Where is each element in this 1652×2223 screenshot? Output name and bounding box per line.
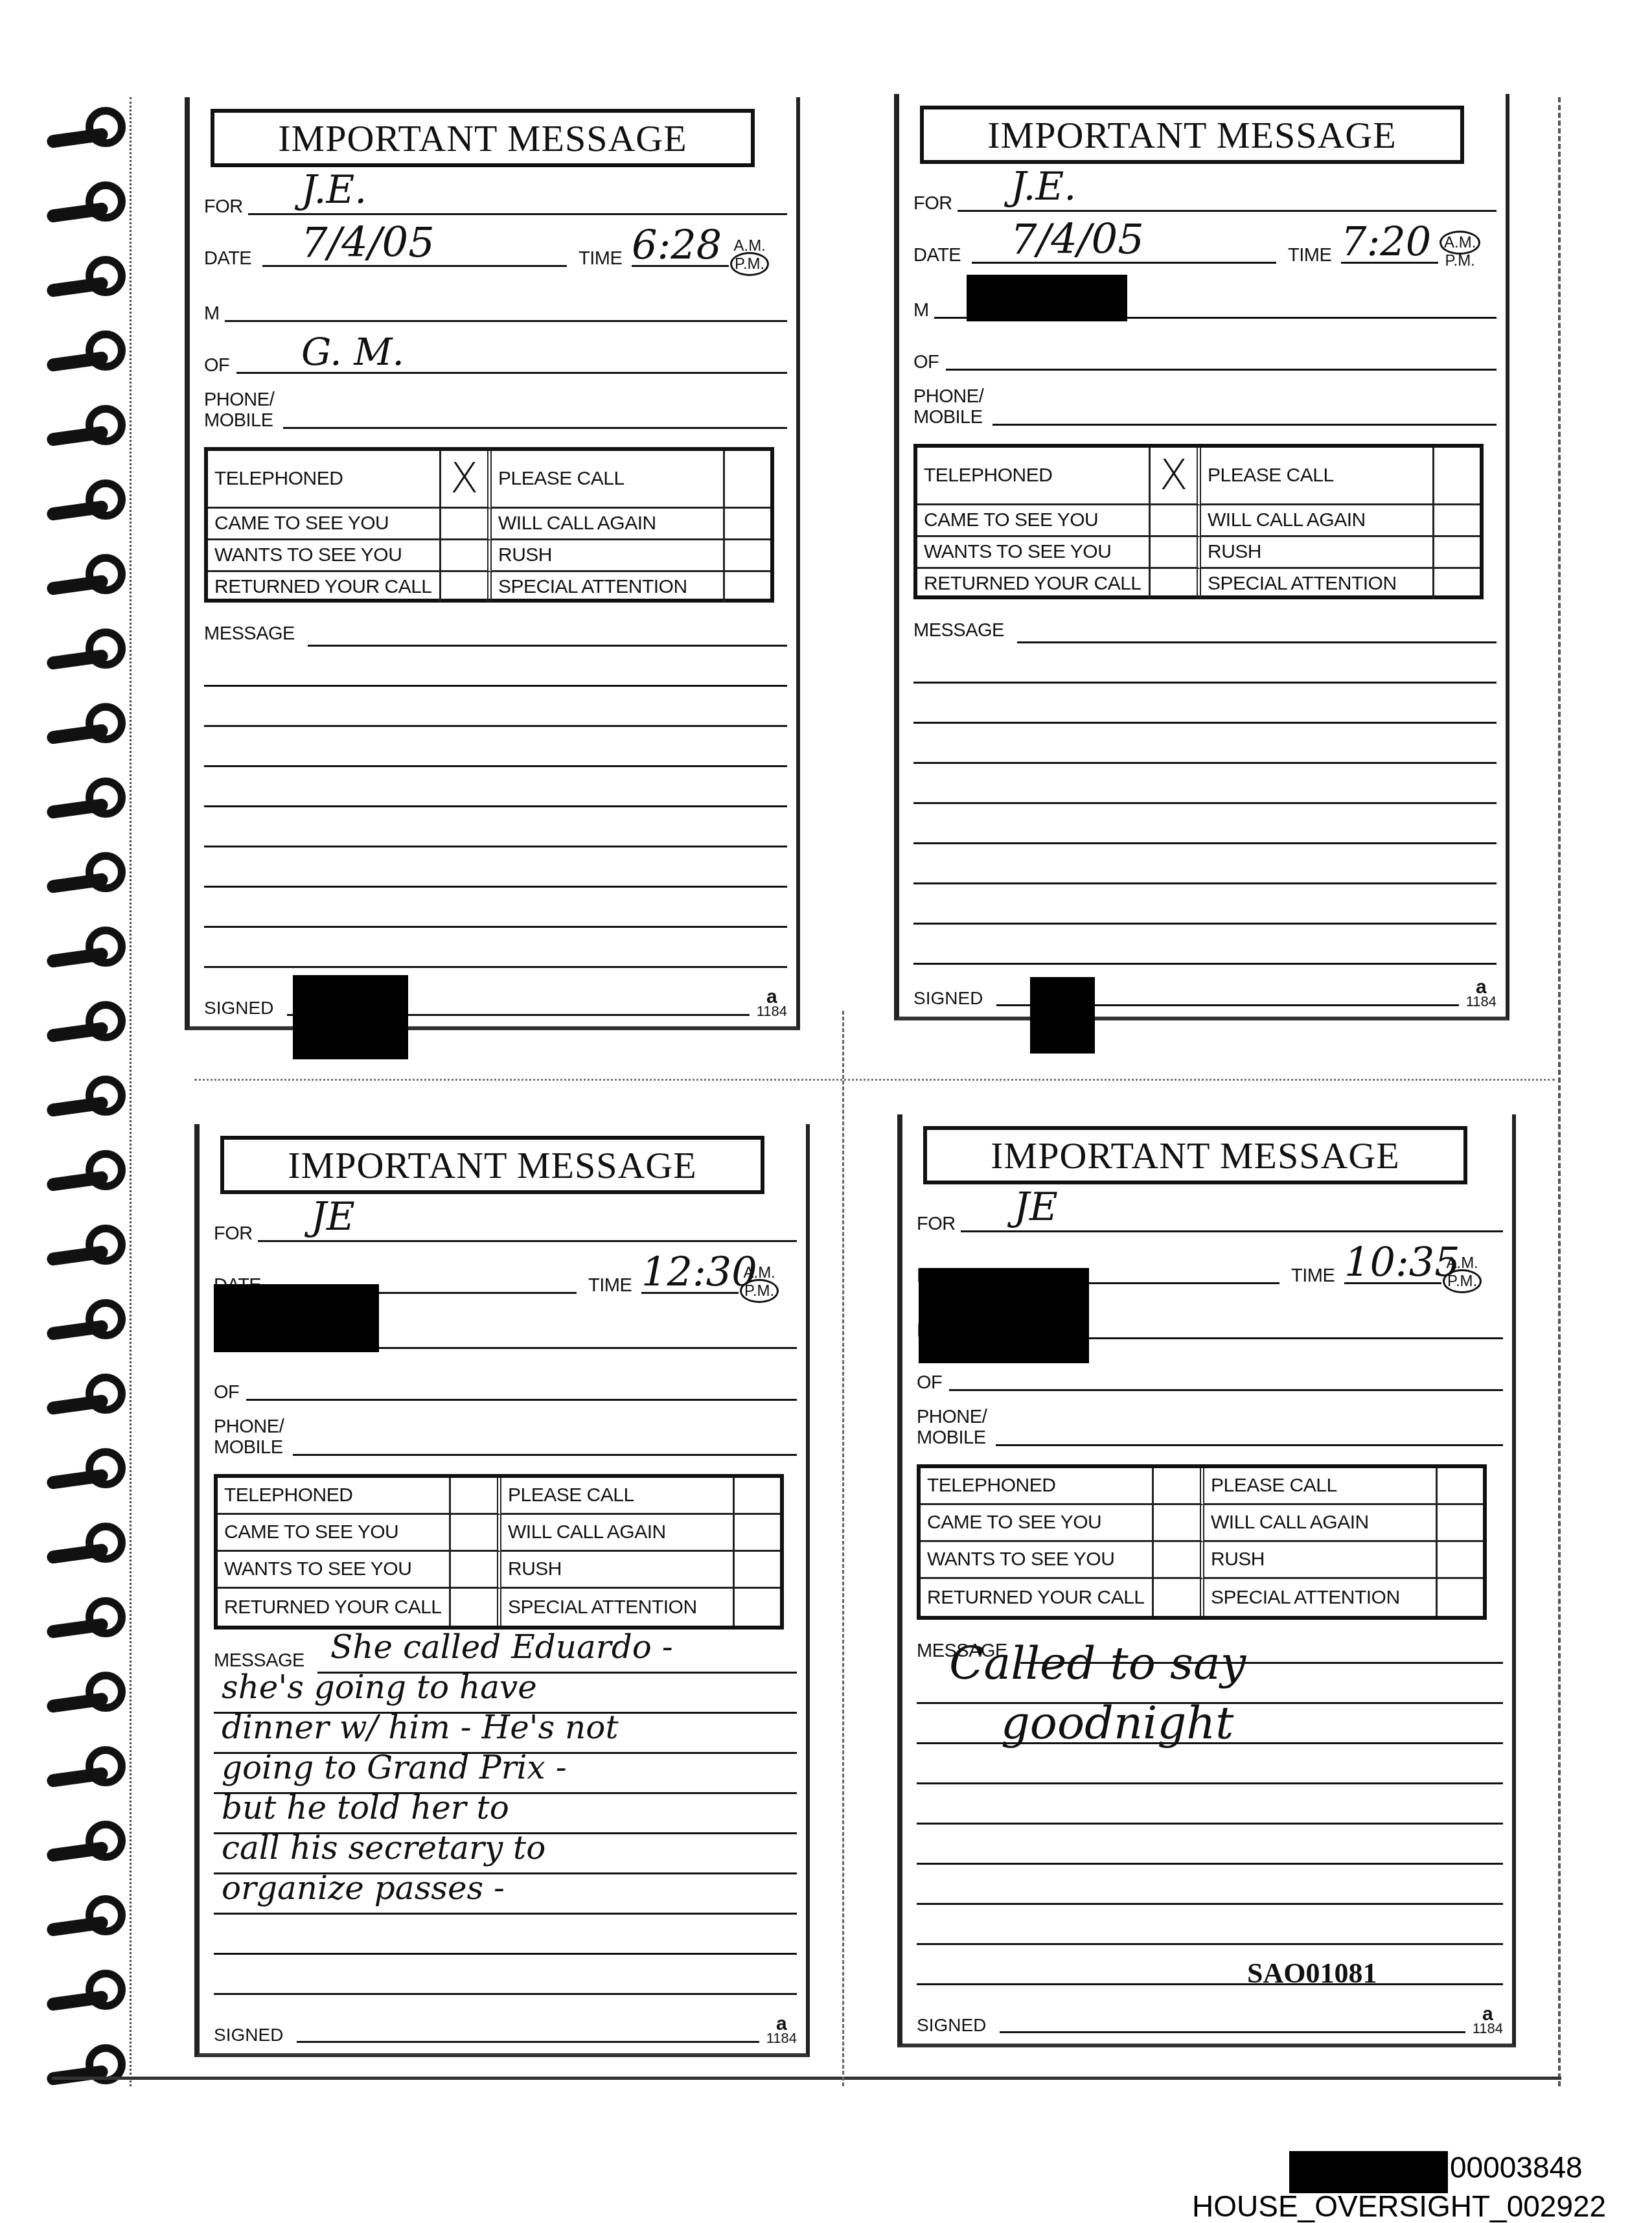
form-title: IMPORTANT MESSAGE — [288, 1144, 696, 1187]
spiral-coil-icon — [47, 330, 124, 376]
spiral-coil-icon — [47, 107, 124, 152]
checkbox-telephoned[interactable]: X — [1151, 448, 1201, 505]
of-label: OF — [204, 355, 229, 376]
date-value: 7/4/05 — [1011, 216, 1144, 264]
date-value: 7/4/05 — [301, 219, 435, 267]
of-field: OF G. M. — [204, 334, 787, 379]
option-special-attention: SPECIAL ATTENTION — [1204, 1579, 1438, 1616]
bates-redaction — [1289, 2151, 1448, 2193]
message-handwriting-line: goodnight — [1001, 1696, 1233, 1749]
phone-line — [283, 427, 787, 429]
form-number: a 1184 — [1466, 980, 1497, 1009]
checkbox-please-call[interactable] — [735, 1478, 780, 1515]
spiral-coil-icon — [47, 2044, 124, 2090]
checkbox-rush[interactable] — [735, 1552, 780, 1589]
option-telephoned: TELEPHONED — [208, 451, 441, 509]
message-slip-top-left: IMPORTANT MESSAGE FOR J.E. DATE 7/4/05 T… — [185, 97, 800, 1030]
option-special-attention: SPECIAL ATTENTION — [492, 572, 725, 602]
phone-line — [996, 1444, 1503, 1446]
mobile-label: MOBILE — [917, 1427, 986, 1449]
spiral-coil-icon — [47, 703, 124, 748]
am-pm-indicator: A.M. P.M. — [740, 1265, 779, 1299]
checkbox-returned-your-call[interactable] — [441, 572, 492, 602]
spiral-coil-icon — [47, 1225, 124, 1270]
form-title-box: IMPORTANT MESSAGE — [220, 1136, 764, 1194]
of-label: OF — [913, 352, 939, 373]
message-handwriting-line: going to Grand Prix - — [222, 1749, 567, 1786]
message-line — [204, 685, 787, 687]
checkbox-grid: TELEPHONEDPLEASE CALLCAME TO SEE YOUWILL… — [917, 1464, 1487, 1620]
message-line — [308, 645, 787, 647]
checkbox-please-call[interactable] — [1434, 448, 1480, 505]
form-number: a 1184 — [757, 990, 787, 1019]
phone-label: PHONE/ — [204, 389, 274, 411]
message-handwriting-line: Called to say — [949, 1637, 1246, 1690]
time-label: TIME — [588, 1275, 632, 1296]
form-number-text: 1184 — [766, 2031, 797, 2045]
spiral-coil-icon — [47, 1523, 124, 1568]
page-bottom-edge — [52, 2077, 1561, 2080]
checkbox-wants-to-see-you[interactable] — [1154, 1542, 1204, 1579]
option-came-to-see-you: CAME TO SEE YOU — [921, 1505, 1154, 1542]
form-number: a 1184 — [766, 2017, 797, 2045]
message-line — [204, 846, 787, 847]
message-handwriting-line: She called Eduardo - — [330, 1628, 673, 1666]
of-line — [949, 1389, 1503, 1391]
m-line — [225, 320, 787, 322]
form-number-text: 1184 — [1473, 2021, 1503, 2036]
phone-label: PHONE/ — [214, 1416, 284, 1438]
option-please-call: PLEASE CALL — [501, 1478, 735, 1515]
spiral-coil-icon — [47, 1597, 124, 1642]
form-title: IMPORTANT MESSAGE — [278, 117, 687, 160]
spiral-coil-icon — [47, 1448, 124, 1493]
phone-label: PHONE/ — [917, 1407, 987, 1428]
spiral-coil-icon — [47, 1970, 124, 2015]
option-special-attention: SPECIAL ATTENTION — [1201, 569, 1434, 599]
form-title-box: IMPORTANT MESSAGE — [923, 1126, 1467, 1184]
for-line — [958, 210, 1497, 212]
signed-field: SIGNED a 1184 — [913, 976, 1497, 1009]
form-logo-icon: a — [1466, 980, 1497, 995]
sao-stamp: SAO01081 — [1247, 1957, 1377, 1990]
phone-line — [992, 424, 1497, 426]
message-handwriting-line: dinner w/ him - He's not — [222, 1709, 619, 1746]
for-value: JE — [311, 1194, 355, 1239]
pm-label: P.M. — [730, 257, 769, 272]
spiral-coil-icon — [47, 181, 124, 227]
redaction-m — [967, 275, 1127, 321]
of-label: OF — [917, 1372, 942, 1394]
option-will-call-again: WILL CALL AGAIN — [1204, 1505, 1438, 1542]
option-rush: RUSH — [1204, 1542, 1438, 1579]
for-field: FOR J.E. — [913, 172, 1497, 217]
option-will-call-again: WILL CALL AGAIN — [1201, 505, 1434, 537]
spiral-coil-icon — [47, 405, 124, 450]
option-wants-to-see-you: WANTS TO SEE YOU — [218, 1552, 451, 1589]
signed-field: SIGNED a 1184 — [204, 986, 787, 1019]
signed-field: SIGNED a 1184 — [917, 2003, 1503, 2036]
option-telephoned: TELEPHONED — [921, 1468, 1154, 1505]
page-right-edge — [1558, 97, 1561, 2086]
form-logo-icon: a — [757, 990, 787, 1004]
of-line — [246, 1399, 797, 1401]
message-line — [917, 1943, 1503, 1945]
time-label: TIME — [579, 248, 622, 270]
checkbox-wants-to-see-you[interactable] — [1151, 537, 1201, 569]
checkbox-special-attention[interactable] — [1438, 1579, 1483, 1616]
option-please-call: PLEASE CALL — [1204, 1468, 1438, 1505]
option-returned-your-call: RETURNED YOUR CALL — [917, 569, 1151, 599]
option-rush: RUSH — [501, 1552, 735, 1589]
option-wants-to-see-you: WANTS TO SEE YOU — [917, 537, 1151, 569]
checkbox-returned-your-call[interactable] — [451, 1589, 501, 1626]
redaction-signed — [293, 975, 408, 1059]
phone-field: PHONE/ MOBILE — [204, 382, 787, 434]
checkbox-wants-to-see-you[interactable] — [451, 1552, 501, 1589]
checkbox-please-call[interactable] — [725, 451, 770, 509]
phone-line — [293, 1454, 797, 1456]
message-handwriting-line: call his secretary to — [222, 1829, 545, 1867]
signed-field: SIGNED a 1184 — [214, 2013, 797, 2045]
checkbox-rush[interactable] — [725, 540, 770, 572]
for-line — [961, 1230, 1503, 1232]
option-wants-to-see-you: WANTS TO SEE YOU — [208, 540, 441, 572]
message-line — [913, 762, 1497, 764]
checkbox-grid: TELEPHONEDXPLEASE CALLCAME TO SEE YOUWIL… — [913, 444, 1484, 599]
perforation-horizontal — [194, 1079, 1555, 1081]
time-value: 7:20 — [1341, 218, 1431, 265]
redaction-date-m — [919, 1268, 1089, 1363]
date-label: DATE — [913, 245, 961, 266]
spiral-coil-icon — [47, 256, 124, 301]
phone-field: PHONE/ MOBILE — [913, 379, 1497, 431]
option-please-call: PLEASE CALL — [492, 451, 725, 509]
checkbox-telephoned[interactable] — [451, 1478, 501, 1515]
option-returned-your-call: RETURNED YOUR CALL — [208, 572, 441, 602]
checkbox-came-to-see-you[interactable] — [1154, 1505, 1204, 1542]
checkbox-rush[interactable] — [1434, 537, 1480, 569]
date-time-field: DATE 7/4/05 TIME 6:28 A.M. P.M. — [204, 227, 787, 272]
of-line — [946, 369, 1497, 371]
for-label: FOR — [917, 1214, 956, 1235]
form-title-box: IMPORTANT MESSAGE — [211, 109, 755, 167]
message-area: MESSAGE She called Eduardo -she's going … — [214, 1642, 797, 2025]
message-handwriting-line: organize passes - — [222, 1869, 505, 1907]
checkbox-came-to-see-you[interactable] — [441, 509, 492, 540]
message-line — [204, 805, 787, 807]
form-number-text: 1184 — [1466, 995, 1497, 1009]
message-line — [204, 966, 787, 968]
checkbox-will-call-again[interactable] — [735, 1515, 780, 1552]
message-line — [917, 1863, 1503, 1865]
message-handwriting-line: she's going to have — [222, 1668, 537, 1706]
checkbox-came-to-see-you[interactable] — [451, 1515, 501, 1552]
message-line — [204, 765, 787, 767]
for-field: FOR JE — [917, 1192, 1503, 1238]
option-rush: RUSH — [1201, 537, 1434, 569]
message-line — [1017, 641, 1497, 643]
signed-label: SIGNED — [204, 998, 273, 1019]
for-label: FOR — [204, 196, 243, 218]
perforation-left — [130, 97, 132, 2086]
message-slip-bottom-left: IMPORTANT MESSAGE FOR JE DATE TIME 12:30… — [194, 1124, 810, 2057]
bates-control-number: 00003848 — [1450, 2150, 1583, 2185]
spiral-coil-icon — [47, 927, 124, 972]
checkbox-wants-to-see-you[interactable] — [441, 540, 492, 572]
date-time-field: DATE 7/4/05 TIME 7:20 A.M. P.M. — [913, 224, 1497, 269]
checkbox-grid: TELEPHONEDXPLEASE CALLCAME TO SEE YOUWIL… — [204, 447, 774, 603]
form-logo-icon: a — [1473, 2007, 1503, 2021]
for-value: JE — [1014, 1184, 1058, 1230]
signed-line — [1000, 2031, 1465, 2033]
option-rush: RUSH — [492, 540, 725, 572]
m-field: M — [204, 282, 787, 327]
redaction-date-m — [214, 1284, 379, 1352]
message-line — [913, 722, 1497, 724]
option-returned-your-call: RETURNED YOUR CALL — [921, 1579, 1154, 1616]
message-line — [214, 1913, 797, 1915]
spiral-coil-icon — [47, 1001, 124, 1046]
pm-label: P.M. — [740, 1284, 779, 1299]
m-label: M — [204, 303, 220, 325]
spiral-coil-icon — [47, 554, 124, 599]
of-field: OF — [214, 1361, 797, 1406]
am-label: A.M. — [1440, 235, 1480, 251]
am-pm-indicator: A.M. P.M. — [1443, 1256, 1482, 1289]
checkbox-special-attention[interactable] — [725, 572, 770, 602]
message-line — [913, 963, 1497, 965]
spiral-coil-icon — [47, 1672, 124, 1717]
of-field: OF — [913, 330, 1497, 376]
option-telephoned: TELEPHONED — [218, 1478, 451, 1515]
checkbox-returned-your-call[interactable] — [1154, 1579, 1204, 1616]
pm-label: P.M. — [1443, 1274, 1482, 1289]
spiral-coil-icon — [47, 628, 124, 674]
phone-field: PHONE/ MOBILE — [917, 1399, 1503, 1451]
for-field: FOR JE — [214, 1202, 797, 1247]
checkbox-will-call-again[interactable] — [1438, 1505, 1483, 1542]
message-label: MESSAGE — [204, 623, 295, 645]
bates-house-oversight: HOUSE_OVERSIGHT_002922 — [1192, 2189, 1606, 2223]
message-area: MESSAGE Called to saygoodnight — [917, 1633, 1503, 2015]
message-label: MESSAGE — [913, 620, 1004, 641]
message-line — [214, 1953, 797, 1955]
mobile-label: MOBILE — [913, 407, 983, 428]
spiral-coil-icon — [47, 1374, 124, 1419]
for-field: FOR J.E. — [204, 175, 787, 220]
spiral-coil-icon — [47, 1150, 124, 1195]
message-area: MESSAGE — [913, 612, 1497, 995]
option-will-call-again: WILL CALL AGAIN — [492, 509, 725, 540]
checkbox-special-attention[interactable] — [735, 1589, 780, 1626]
message-slip-bottom-right: IMPORTANT MESSAGE FOR JE DATE TIME 10:35… — [897, 1114, 1516, 2047]
option-special-attention: SPECIAL ATTENTION — [501, 1589, 735, 1626]
message-area: MESSAGE — [204, 616, 787, 998]
signed-label: SIGNED — [913, 988, 983, 1009]
message-line — [204, 926, 787, 928]
spiral-coil-icon — [47, 1895, 124, 1941]
spiral-coil-icon — [47, 479, 124, 525]
for-label: FOR — [913, 193, 952, 214]
spiral-coil-icon — [47, 1746, 124, 1791]
message-line — [913, 882, 1497, 884]
message-line — [917, 1782, 1503, 1784]
message-line — [204, 725, 787, 727]
message-line — [913, 802, 1497, 804]
signed-line — [297, 2041, 759, 2043]
option-telephoned: TELEPHONED — [917, 448, 1151, 505]
message-line — [214, 1993, 797, 1995]
checkbox-rush[interactable] — [1438, 1542, 1483, 1579]
checkbox-please-call[interactable] — [1438, 1468, 1483, 1505]
form-logo-icon: a — [766, 2017, 797, 2031]
spiral-coil-icon — [47, 1821, 124, 1866]
form-title: IMPORTANT MESSAGE — [991, 1134, 1399, 1177]
signed-label: SIGNED — [917, 2015, 986, 2036]
of-value: G. M. — [301, 330, 404, 374]
option-came-to-see-you: CAME TO SEE YOU — [208, 509, 441, 540]
option-please-call: PLEASE CALL — [1201, 448, 1434, 505]
phone-label: PHONE/ — [913, 386, 983, 408]
message-line — [913, 842, 1497, 844]
of-label: OF — [214, 1382, 239, 1403]
option-returned-your-call: RETURNED YOUR CALL — [218, 1589, 451, 1626]
spiral-coil-icon — [47, 1076, 124, 1121]
perforation-vertical — [842, 1011, 844, 2086]
am-pm-indicator: A.M. P.M. — [1440, 235, 1480, 269]
mobile-label: MOBILE — [214, 1437, 283, 1458]
message-line — [913, 923, 1497, 925]
checkbox-will-call-again[interactable] — [725, 509, 770, 540]
message-line — [917, 1903, 1503, 1905]
date-label: DATE — [204, 248, 251, 270]
checkbox-special-attention[interactable] — [1434, 569, 1480, 599]
signed-label: SIGNED — [214, 2025, 283, 2045]
for-line — [258, 1240, 797, 1242]
spiral-binding — [47, 94, 131, 2083]
checkbox-grid: TELEPHONEDPLEASE CALLCAME TO SEE YOUWILL… — [214, 1474, 784, 1630]
option-will-call-again: WILL CALL AGAIN — [501, 1515, 735, 1552]
spiral-coil-icon — [47, 852, 124, 897]
time-label: TIME — [1291, 1265, 1335, 1287]
message-slip-top-right: IMPORTANT MESSAGE FOR J.E. DATE 7/4/05 T… — [894, 94, 1509, 1020]
redaction-signed — [1030, 977, 1095, 1054]
checkbox-came-to-see-you[interactable] — [1151, 505, 1201, 537]
for-line — [248, 213, 787, 215]
message-line — [913, 682, 1497, 684]
option-wants-to-see-you: WANTS TO SEE YOU — [921, 1542, 1154, 1579]
time-label: TIME — [1288, 245, 1331, 266]
phone-field: PHONE/ MOBILE — [214, 1409, 797, 1461]
checkbox-telephoned[interactable] — [1154, 1468, 1204, 1505]
form-number: a 1184 — [1473, 2007, 1503, 2036]
m-label: M — [913, 300, 929, 321]
checkbox-returned-your-call[interactable] — [1151, 569, 1201, 599]
option-came-to-see-you: CAME TO SEE YOU — [917, 505, 1151, 537]
mobile-label: MOBILE — [204, 410, 273, 432]
option-came-to-see-you: CAME TO SEE YOU — [218, 1515, 451, 1552]
for-value: J.E. — [301, 167, 367, 213]
checkbox-will-call-again[interactable] — [1434, 505, 1480, 537]
form-title-box: IMPORTANT MESSAGE — [920, 106, 1464, 164]
message-line — [917, 1983, 1503, 1985]
message-handwriting-line: but he told her to — [222, 1789, 509, 1826]
spiral-coil-icon — [47, 1299, 124, 1344]
am-pm-indicator: A.M. P.M. — [730, 238, 769, 272]
message-line — [917, 1823, 1503, 1825]
time-value: 6:28 — [632, 221, 722, 268]
for-label: FOR — [214, 1223, 253, 1245]
checkbox-telephoned[interactable]: X — [441, 451, 492, 509]
spiral-coil-icon — [47, 777, 124, 823]
form-title: IMPORTANT MESSAGE — [987, 113, 1396, 157]
pm-label: P.M. — [1440, 253, 1480, 269]
form-number-text: 1184 — [757, 1004, 787, 1019]
message-line — [204, 886, 787, 888]
for-value: J.E. — [1011, 164, 1076, 209]
